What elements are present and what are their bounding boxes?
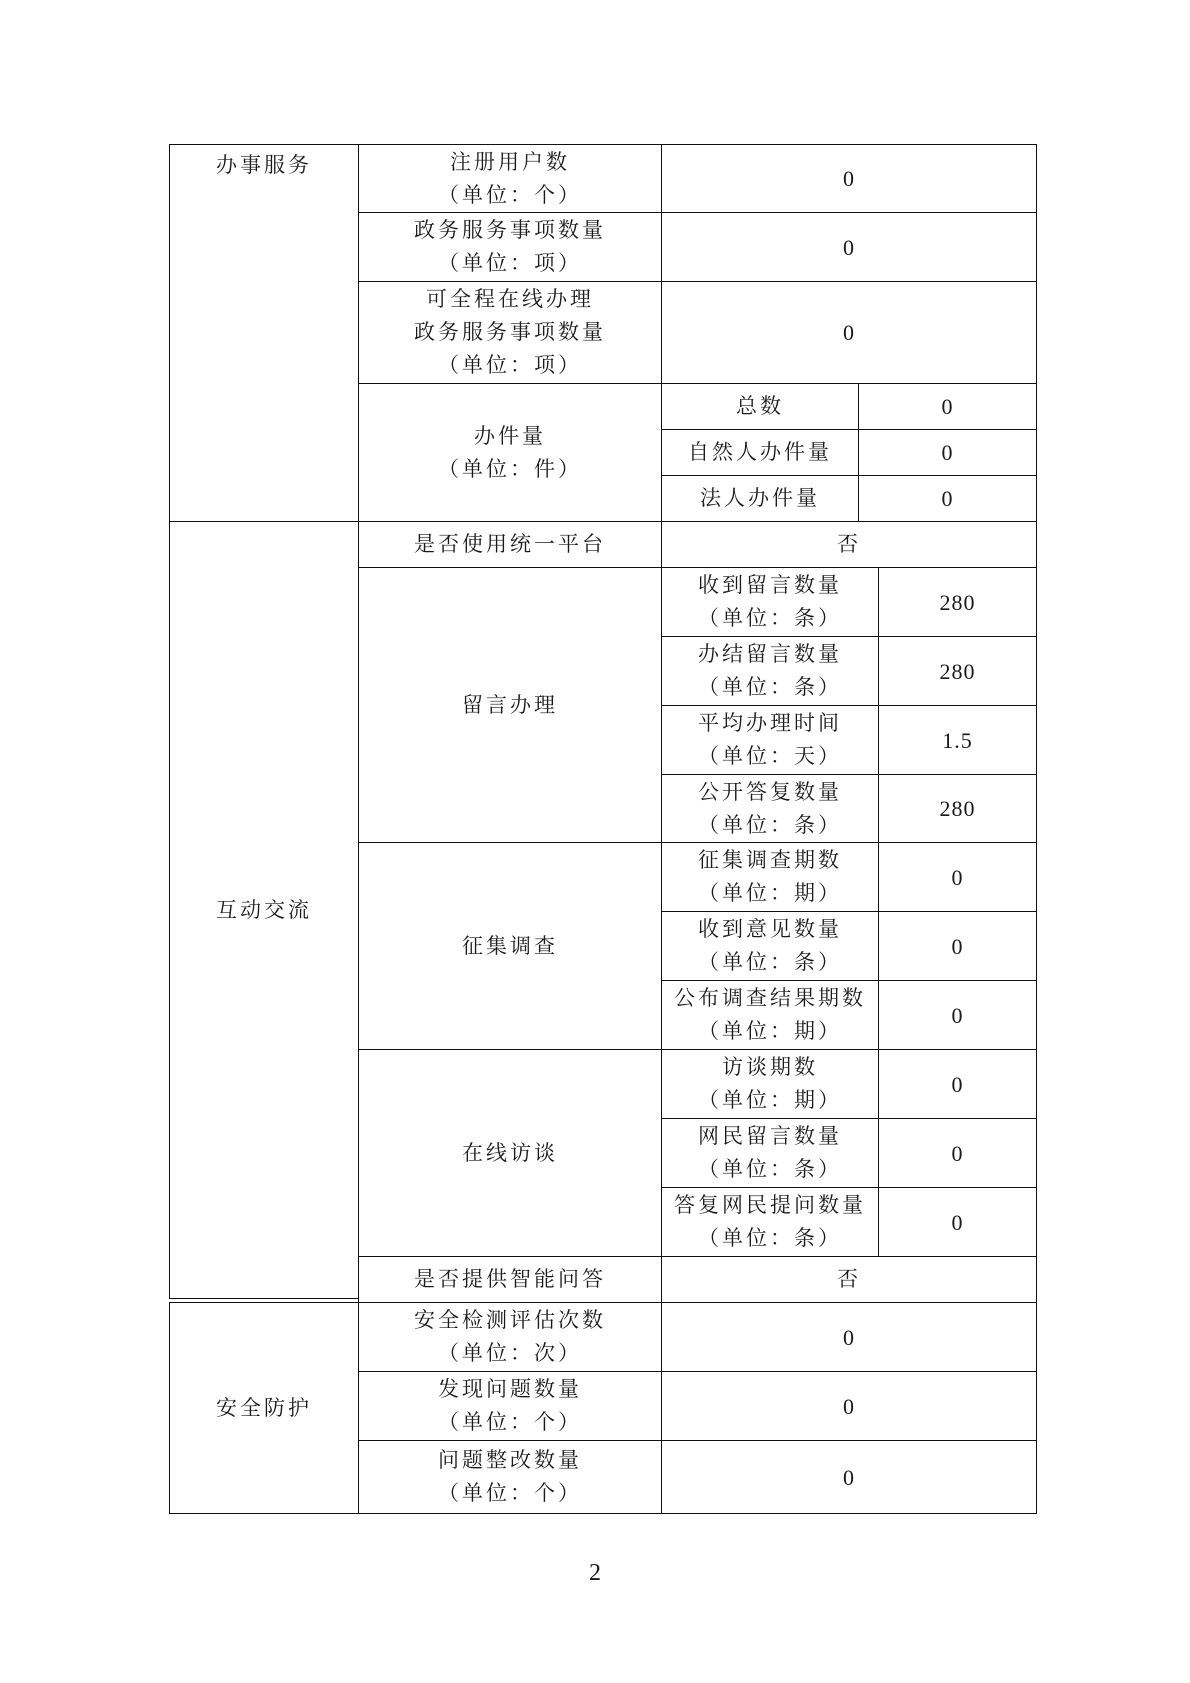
interview-label: 在线访谈 bbox=[358, 1049, 662, 1257]
sub-label: 访谈期数 （单位：期） bbox=[661, 1049, 879, 1119]
unit-text: （单位：条） bbox=[698, 1153, 842, 1186]
value-text: 0 bbox=[843, 162, 855, 195]
section-label: 办事服务 bbox=[216, 149, 312, 182]
label-text: 注册用户数 bbox=[450, 146, 570, 179]
row-label: 注册用户数 （单位：个） bbox=[358, 144, 662, 213]
messages-label: 留言办理 bbox=[358, 567, 662, 843]
value-text: 0 bbox=[952, 930, 964, 963]
label-text: 访谈期数 bbox=[722, 1051, 818, 1084]
unit-text: （单位：个） bbox=[438, 1406, 582, 1439]
sub-value: 0 bbox=[858, 383, 1037, 430]
value-text: 0 bbox=[843, 316, 855, 349]
unit-text: （单位：期） bbox=[698, 877, 842, 910]
section-label: 互动交流 bbox=[216, 894, 312, 927]
sub-value: 0 bbox=[878, 980, 1037, 1050]
sub-label: 答复网民提问数量 （单位：条） bbox=[661, 1187, 879, 1257]
value-text: 0 bbox=[952, 1068, 964, 1101]
sub-label: 收到意见数量 （单位：条） bbox=[661, 911, 879, 981]
label-text: 可全程在线办理 bbox=[426, 283, 594, 316]
row-value: 0 bbox=[661, 144, 1037, 213]
unit-text: （单位：次） bbox=[438, 1337, 582, 1370]
row-value: 0 bbox=[661, 212, 1037, 282]
label-text: 征集调查 bbox=[462, 930, 558, 963]
sub-label: 自然人办件量 bbox=[661, 429, 859, 476]
unit-text: （单位：天） bbox=[698, 740, 842, 773]
value-text: 0 bbox=[952, 999, 964, 1032]
value-text: 0 bbox=[952, 861, 964, 894]
unit-text: （单位：项） bbox=[438, 247, 582, 280]
value-text: 280 bbox=[940, 792, 976, 825]
label-text: 总数 bbox=[736, 390, 784, 423]
sub-value: 280 bbox=[878, 567, 1037, 637]
unit-text: （单位：条） bbox=[698, 671, 842, 704]
section-interaction: 互动交流 bbox=[169, 521, 359, 1299]
label-text: 公开答复数量 bbox=[698, 776, 842, 809]
sub-value: 280 bbox=[878, 774, 1037, 843]
unit-text: （单位：条） bbox=[698, 1222, 842, 1255]
sub-value: 0 bbox=[878, 911, 1037, 981]
label-text: 是否使用统一平台 bbox=[414, 528, 606, 561]
label-text: 答复网民提问数量 bbox=[674, 1189, 866, 1222]
value-text: 280 bbox=[940, 655, 976, 688]
value-text: 0 bbox=[843, 1321, 855, 1354]
row-value: 否 bbox=[661, 521, 1037, 568]
sub-label: 总数 bbox=[661, 383, 859, 430]
unit-text: （单位：项） bbox=[438, 349, 582, 382]
label-text: 公布调查结果期数 bbox=[674, 982, 866, 1015]
row-value: 0 bbox=[661, 281, 1037, 384]
sub-label: 公开答复数量 （单位：条） bbox=[661, 774, 879, 843]
value-text: 0 bbox=[843, 1461, 855, 1494]
page-number: 2 bbox=[0, 1560, 1190, 1587]
section-label: 安全防护 bbox=[216, 1392, 312, 1425]
label-text: 是否提供智能问答 bbox=[414, 1263, 606, 1296]
label-text: 收到意见数量 bbox=[698, 913, 842, 946]
label-text: 在线访谈 bbox=[462, 1137, 558, 1170]
sub-label: 办结留言数量 （单位：条） bbox=[661, 636, 879, 706]
sub-label: 公布调查结果期数 （单位：期） bbox=[661, 980, 879, 1050]
label-text: 征集调查期数 bbox=[698, 844, 842, 877]
value-text: 1.5 bbox=[942, 724, 973, 757]
sub-value: 0 bbox=[878, 1187, 1037, 1257]
label-text: 办件量 bbox=[474, 420, 546, 453]
sub-value: 0 bbox=[878, 1049, 1037, 1119]
row-label: 问题整改数量 （单位：个） bbox=[358, 1440, 662, 1514]
sub-label: 征集调查期数 （单位：期） bbox=[661, 842, 879, 912]
sub-label: 法人办件量 bbox=[661, 475, 859, 522]
sub-value: 0 bbox=[878, 842, 1037, 912]
row-label: 是否提供智能问答 bbox=[358, 1256, 662, 1303]
cases-label: 办件量 （单位：件） bbox=[358, 383, 662, 522]
row-value: 0 bbox=[661, 1371, 1037, 1441]
label-text: 发现问题数量 bbox=[438, 1373, 582, 1406]
value-text: 0 bbox=[843, 231, 855, 264]
row-label: 发现问题数量 （单位：个） bbox=[358, 1371, 662, 1441]
label-text: 自然人办件量 bbox=[688, 436, 832, 469]
unit-text: （单位：条） bbox=[698, 809, 842, 842]
value-text: 0 bbox=[942, 390, 954, 423]
row-label: 可全程在线办理 政务服务事项数量 （单位：项） bbox=[358, 281, 662, 384]
row-label: 是否使用统一平台 bbox=[358, 521, 662, 568]
label-text: 留言办理 bbox=[462, 689, 558, 722]
label-text: 问题整改数量 bbox=[438, 1444, 582, 1477]
label-text: 政务服务事项数量 bbox=[414, 214, 606, 247]
sub-value: 0 bbox=[858, 475, 1037, 522]
value-text: 0 bbox=[942, 482, 954, 515]
label-text: 法人办件量 bbox=[700, 482, 820, 515]
row-label: 政务服务事项数量 （单位：项） bbox=[358, 212, 662, 282]
label-text: 平均办理时间 bbox=[698, 707, 842, 740]
unit-text: （单位：个） bbox=[438, 179, 582, 212]
sub-value: 0 bbox=[858, 429, 1037, 476]
unit-text: （单位：期） bbox=[698, 1084, 842, 1117]
sub-label: 平均办理时间 （单位：天） bbox=[661, 705, 879, 775]
label-text: 办结留言数量 bbox=[698, 638, 842, 671]
section-security: 安全防护 bbox=[169, 1302, 359, 1514]
value-text: 否 bbox=[837, 1263, 861, 1296]
label-text: 网民留言数量 bbox=[698, 1120, 842, 1153]
unit-text: （单位：条） bbox=[698, 602, 842, 635]
row-value: 否 bbox=[661, 1256, 1037, 1303]
row-value: 0 bbox=[661, 1440, 1037, 1514]
label-text: 政务服务事项数量 bbox=[414, 316, 606, 349]
value-text: 0 bbox=[952, 1137, 964, 1170]
value-text: 280 bbox=[940, 586, 976, 619]
value-text: 0 bbox=[942, 436, 954, 469]
unit-text: （单位：期） bbox=[698, 1015, 842, 1048]
section-service: 办事服务 bbox=[169, 144, 359, 522]
survey-label: 征集调查 bbox=[358, 842, 662, 1050]
sub-label: 网民留言数量 （单位：条） bbox=[661, 1118, 879, 1188]
row-value: 0 bbox=[661, 1302, 1037, 1372]
sub-value: 1.5 bbox=[878, 705, 1037, 775]
value-text: 否 bbox=[837, 528, 861, 561]
sub-value: 280 bbox=[878, 636, 1037, 706]
unit-text: （单位：件） bbox=[438, 453, 582, 486]
value-text: 0 bbox=[952, 1206, 964, 1239]
unit-text: （单位：个） bbox=[438, 1477, 582, 1510]
value-text: 0 bbox=[843, 1390, 855, 1423]
sub-label: 收到留言数量 （单位：条） bbox=[661, 567, 879, 637]
sub-value: 0 bbox=[878, 1118, 1037, 1188]
label-text: 安全检测评估次数 bbox=[414, 1304, 606, 1337]
unit-text: （单位：条） bbox=[698, 946, 842, 979]
label-text: 收到留言数量 bbox=[698, 569, 842, 602]
row-label: 安全检测评估次数 （单位：次） bbox=[358, 1302, 662, 1372]
